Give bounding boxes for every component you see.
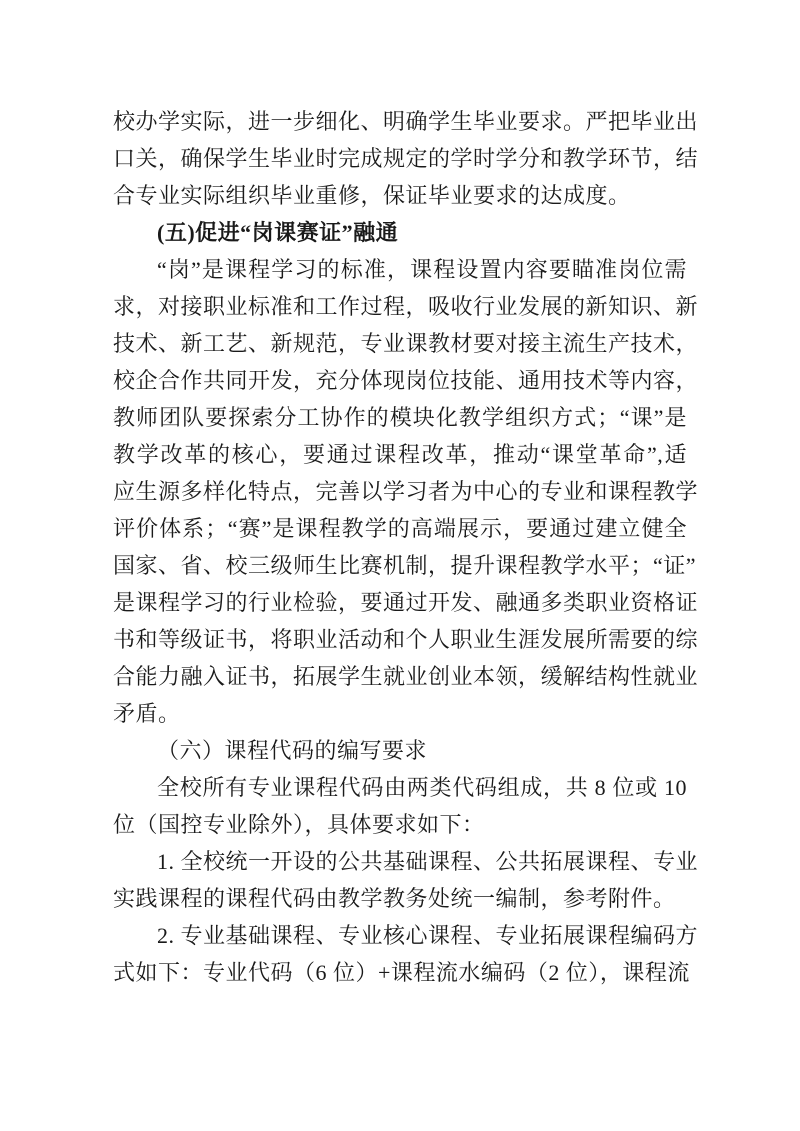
text-line: 书和等级证书，将职业活动和个人职业生涯发展所需要的综 <box>113 621 687 658</box>
text-line: 1. 全校统一开设的公共基础课程、公共拓展课程、专业 <box>113 843 687 880</box>
document-page: 校办学实际，进一步细化、明确学生毕业要求。严把毕业出 口关，确保学生毕业时完成规… <box>0 0 800 1131</box>
text-line: 全校所有专业课程代码由两类代码组成，共 8 位或 10 <box>113 769 687 806</box>
section-heading-5-text: (五)促进“岗课赛证”融通 <box>113 214 687 251</box>
text-line: “岗”是课程学习的标准，课程设置内容要瞄准岗位需 <box>113 251 687 288</box>
text-line: 实践课程的课程代码由教学教务处统一编制，参考附件。 <box>113 880 687 917</box>
section-heading-5: (五)促进“岗课赛证”融通 <box>113 214 687 251</box>
text-line: 校办学实际，进一步细化、明确学生毕业要求。严把毕业出 <box>113 103 687 140</box>
text-line: 位（国控专业除外），具体要求如下： <box>113 806 687 843</box>
text-line: 2. 专业基础课程、专业核心课程、专业拓展课程编码方 <box>113 917 687 954</box>
text-line: 口关，确保学生毕业时完成规定的学时学分和教学环节，结 <box>113 140 687 177</box>
text-line: 应生源多样化特点，完善以学习者为中心的专业和课程教学 <box>113 473 687 510</box>
text-line: 国家、省、校三级师生比赛机制，提升课程教学水平；“证” <box>113 547 687 584</box>
text-line: 求，对接职业标准和工作过程，吸收行业发展的新知识、新 <box>113 288 687 325</box>
text-line: 是课程学习的行业检验，要通过开发、融通多类职业资格证 <box>113 584 687 621</box>
paragraph-course-code-intro: 全校所有专业课程代码由两类代码组成，共 8 位或 10 位（国控专业除外），具体… <box>113 769 687 843</box>
document-text-block: 校办学实际，进一步细化、明确学生毕业要求。严把毕业出 口关，确保学生毕业时完成规… <box>113 103 687 991</box>
text-line: 教师团队要探索分工协作的模块化教学组织方式；“课”是 <box>113 399 687 436</box>
text-line: 式如下：专业代码（6 位）+课程流水编码（2 位），课程流 <box>113 954 687 991</box>
text-line: 教学改革的核心，要通过课程改革，推动“课堂革命”,适 <box>113 436 687 473</box>
paragraph-item-1: 1. 全校统一开设的公共基础课程、公共拓展课程、专业 实践课程的课程代码由教学教… <box>113 843 687 917</box>
text-line: 校企合作共同开发，充分体现岗位技能、通用技术等内容， <box>113 362 687 399</box>
text-line: 评价体系；“赛”是课程教学的高端展示，要通过建立健全 <box>113 510 687 547</box>
paragraph-continued: 校办学实际，进一步细化、明确学生毕业要求。严把毕业出 口关，确保学生毕业时完成规… <box>113 103 687 214</box>
paragraph-gang-ke-sai-zheng: “岗”是课程学习的标准，课程设置内容要瞄准岗位需 求，对接职业标准和工作过程，吸… <box>113 251 687 732</box>
text-line: 合专业实际组织毕业重修，保证毕业要求的达成度。 <box>113 177 687 214</box>
paragraph-item-2: 2. 专业基础课程、专业核心课程、专业拓展课程编码方 式如下：专业代码（6 位）… <box>113 917 687 991</box>
text-line: 技术、新工艺、新规范，专业课教材要对接主流生产技术， <box>113 325 687 362</box>
text-line: 合能力融入证书，拓展学生就业创业本领，缓解结构性就业 <box>113 658 687 695</box>
section-heading-6: （六）课程代码的编写要求 <box>113 732 687 769</box>
text-line: 矛盾。 <box>113 695 687 732</box>
section-heading-6-text: （六）课程代码的编写要求 <box>113 732 687 769</box>
